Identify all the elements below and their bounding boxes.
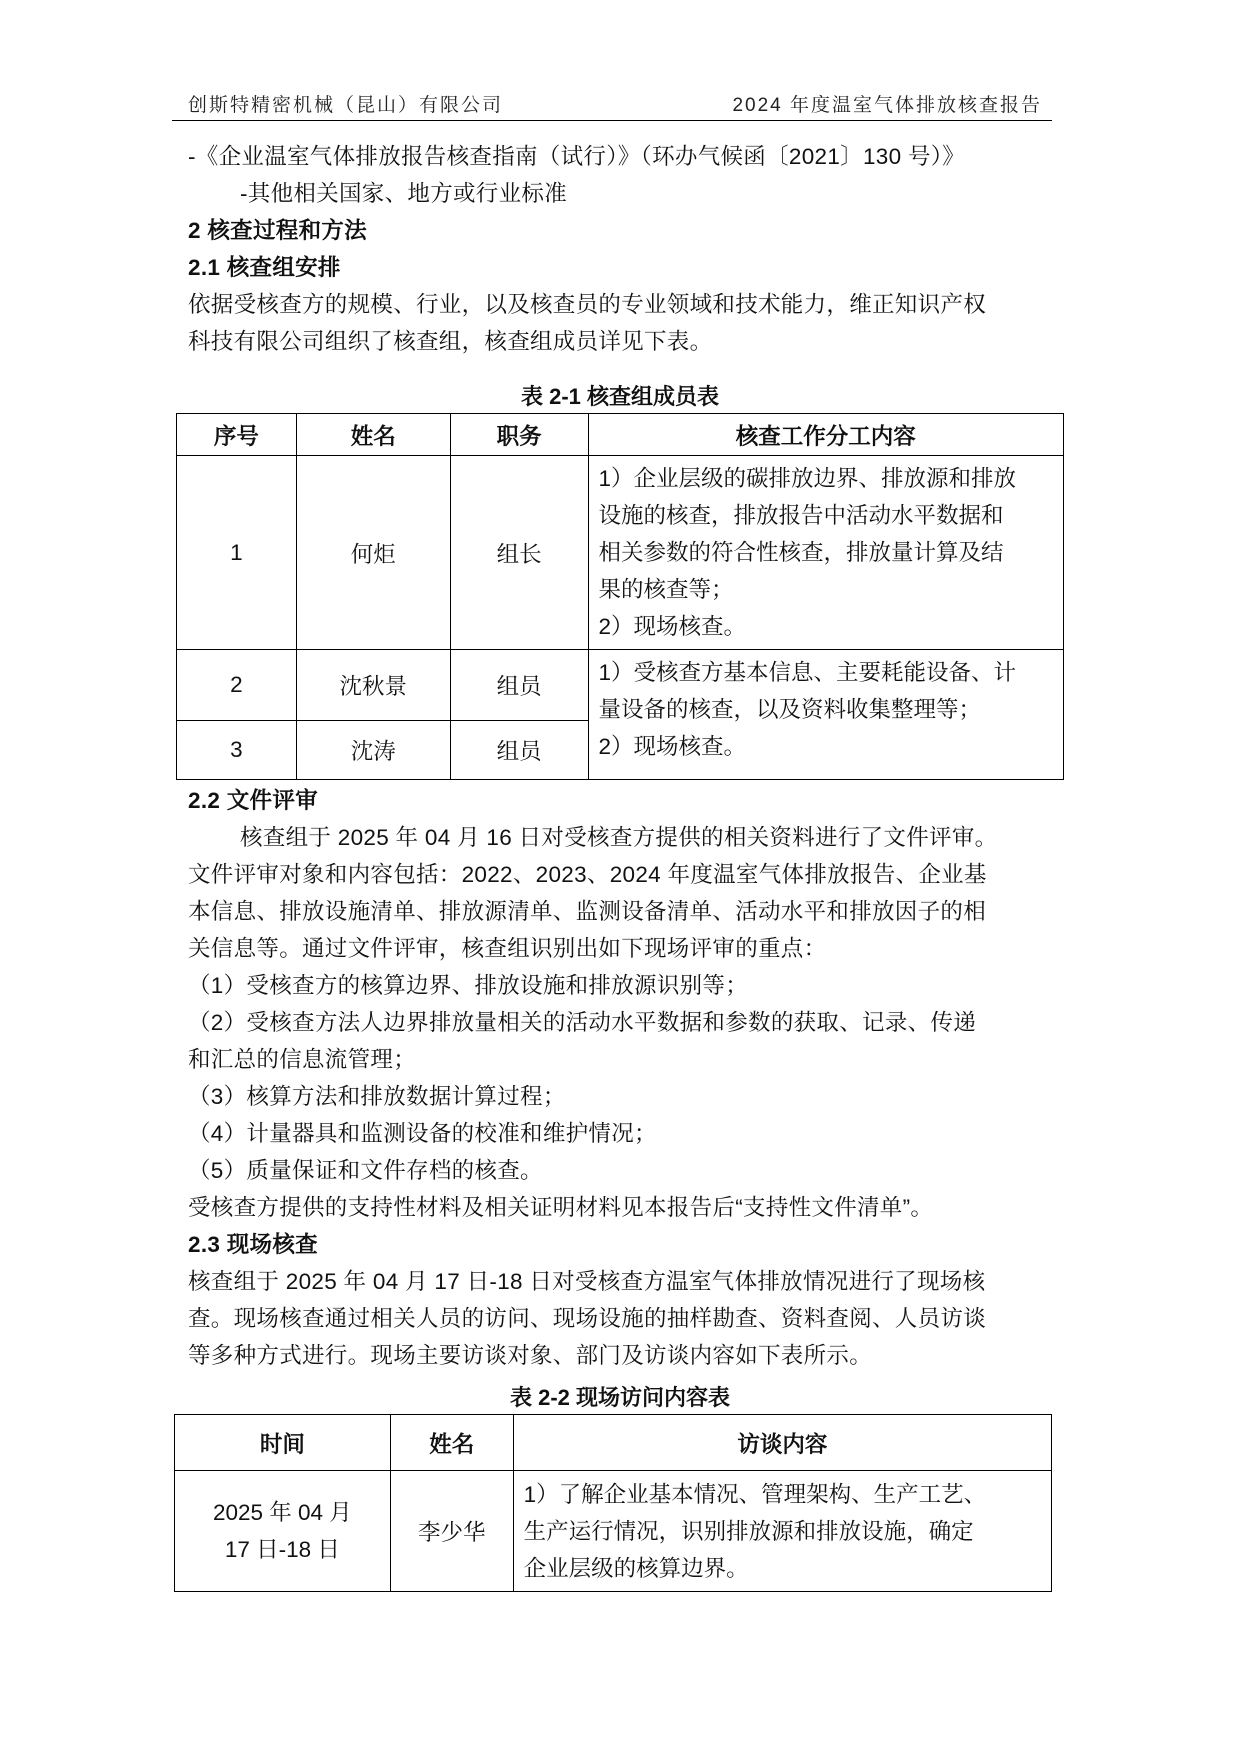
paragraph-line: 本信息、排放设施清单、排放源清单、监测设备清单、活动水平和排放因子的相 [188, 893, 986, 930]
duty-line: 量设备的核查，以及资料收集整理等； [599, 691, 1053, 728]
cell-role: 组员 [450, 650, 588, 721]
time-line: 2025 年 04 月 [175, 1494, 390, 1531]
paragraph-line: 依据受核查方的规模、行业，以及核查员的专业领域和技术能力，维正知识产权 [188, 286, 986, 323]
duty-line: 2）现场核查。 [599, 728, 1053, 765]
duty-line: 1）企业层级的碳排放边界、排放源和排放 [599, 460, 1053, 497]
list-item: 和汇总的信息流管理； [188, 1041, 416, 1078]
paragraph-line: 受核查方提供的支持性材料及相关证明材料见本报告后“支持性文件清单”。 [188, 1189, 933, 1226]
column-header: 序号 [177, 414, 297, 456]
content-line: 生产运行情况，识别排放源和排放设施，确定 [524, 1513, 1041, 1550]
subsection-heading: 2.3 现场核查 [188, 1226, 318, 1263]
time-line: 17 日-18 日 [175, 1531, 390, 1568]
content-line: 1）了解企业基本情况、管理架构、生产工艺、 [524, 1476, 1041, 1513]
team-table: 序号 姓名 职务 核查工作分工内容 1 何炬 组长 1）企业层级的碳排放边界、排… [176, 413, 1064, 780]
cell-no: 2 [177, 650, 297, 721]
cell-duty: 1）企业层级的碳排放边界、排放源和排放 设施的核查，排放报告中活动水平数据和 相… [588, 456, 1063, 650]
duty-line: 1）受核查方基本信息、主要耗能设备、计 [599, 654, 1053, 691]
list-item: （5）质量保证和文件存档的核查。 [188, 1152, 543, 1189]
paragraph-line: 等多种方式进行。现场主要访谈对象、部门及访谈内容如下表所示。 [188, 1337, 872, 1374]
section-heading: 2 核查过程和方法 [188, 212, 367, 249]
list-item: （4）计量器具和监测设备的校准和维护情况； [188, 1115, 657, 1152]
cell-name: 何炬 [296, 456, 450, 650]
table-header-row: 序号 姓名 职务 核查工作分工内容 [177, 414, 1064, 456]
table-row: 2 沈秋景 组员 1）受核查方基本信息、主要耗能设备、计 量设备的核查，以及资料… [177, 650, 1064, 721]
list-item: （1）受核查方的核算边界、排放设施和排放源识别等； [188, 967, 748, 1004]
paragraph-line: 核查组于 2025 年 04 月 17 日-18 日对受核查方温室气体排放情况进… [188, 1263, 985, 1300]
reference-line: -其他相关国家、地方或行业标准 [188, 175, 567, 212]
cell-content: 1）了解企业基本情况、管理架构、生产工艺、 生产运行情况，识别排放源和排放设施，… [513, 1471, 1051, 1592]
cell-no: 1 [177, 456, 297, 650]
paragraph-line: 科技有限公司组织了核查组，核查组成员详见下表。 [188, 323, 712, 360]
reference-line: -《企业温室气体排放报告核查指南（试行）》（环办气候函〔2021〕130 号）》 [188, 138, 965, 175]
list-item: （3）核算方法和排放数据计算过程； [188, 1078, 566, 1115]
table-row: 2025 年 04 月 17 日-18 日 李少华 1）了解企业基本情况、管理架… [175, 1471, 1052, 1592]
paragraph-line: 文件评审对象和内容包括：2022、2023、2024 年度温室气体排放报告、企业… [188, 856, 987, 893]
cell-no: 3 [177, 721, 297, 780]
table-caption: 表 2-2 现场访问内容表 [0, 1381, 1240, 1412]
column-header: 姓名 [390, 1415, 513, 1471]
cell-name: 李少华 [390, 1471, 513, 1592]
paragraph-line: 查。现场核查通过相关人员的访问、现场设施的抽样勘查、资料查阅、人员访谈 [188, 1300, 986, 1337]
paragraph-line: 核查组于 2025 年 04 月 16 日对受核查方提供的相关资料进行了文件评审… [188, 819, 997, 856]
paragraph-line: 关信息等。通过文件评审，核查组识别出如下现场评审的重点： [188, 930, 826, 967]
column-header: 姓名 [296, 414, 450, 456]
header-company: 创斯特精密机械（昆山）有限公司 [188, 90, 503, 117]
cell-role: 组长 [450, 456, 588, 650]
cell-name: 沈秋景 [296, 650, 450, 721]
table-caption: 表 2-1 核查组成员表 [0, 380, 1240, 411]
list-item: （2）受核查方法人边界排放量相关的活动水平数据和参数的获取、记录、传递 [188, 1004, 976, 1041]
cell-name: 沈涛 [296, 721, 450, 780]
duty-line: 相关参数的符合性核查，排放量计算及结 [599, 534, 1053, 571]
duty-line: 设施的核查，排放报告中活动水平数据和 [599, 497, 1053, 534]
cell-role: 组员 [450, 721, 588, 780]
cell-duty-shared: 1）受核查方基本信息、主要耗能设备、计 量设备的核查，以及资料收集整理等； 2）… [588, 650, 1063, 780]
document-page: 创斯特精密机械（昆山）有限公司 2024 年度温室气体排放核查报告 -《企业温室… [0, 0, 1240, 1753]
column-header: 访谈内容 [513, 1415, 1051, 1471]
duty-line: 2）现场核查。 [599, 608, 1053, 645]
column-header: 时间 [175, 1415, 391, 1471]
table-row: 1 何炬 组长 1）企业层级的碳排放边界、排放源和排放 设施的核查，排放报告中活… [177, 456, 1064, 650]
cell-time: 2025 年 04 月 17 日-18 日 [175, 1471, 391, 1592]
content-line: 企业层级的核算边界。 [524, 1550, 1041, 1587]
column-header: 核查工作分工内容 [588, 414, 1063, 456]
subsection-heading: 2.1 核查组安排 [188, 249, 341, 286]
subsection-heading: 2.2 文件评审 [188, 782, 318, 819]
header-report-title: 2024 年度温室气体排放核查报告 [732, 90, 1042, 117]
duty-line: 果的核查等； [599, 571, 1053, 608]
column-header: 职务 [450, 414, 588, 456]
running-header: 创斯特精密机械（昆山）有限公司 2024 年度温室气体排放核查报告 [172, 86, 1052, 121]
table-header-row: 时间 姓名 访谈内容 [175, 1415, 1052, 1471]
interview-table: 时间 姓名 访谈内容 2025 年 04 月 17 日-18 日 李少华 1）了… [174, 1414, 1052, 1592]
